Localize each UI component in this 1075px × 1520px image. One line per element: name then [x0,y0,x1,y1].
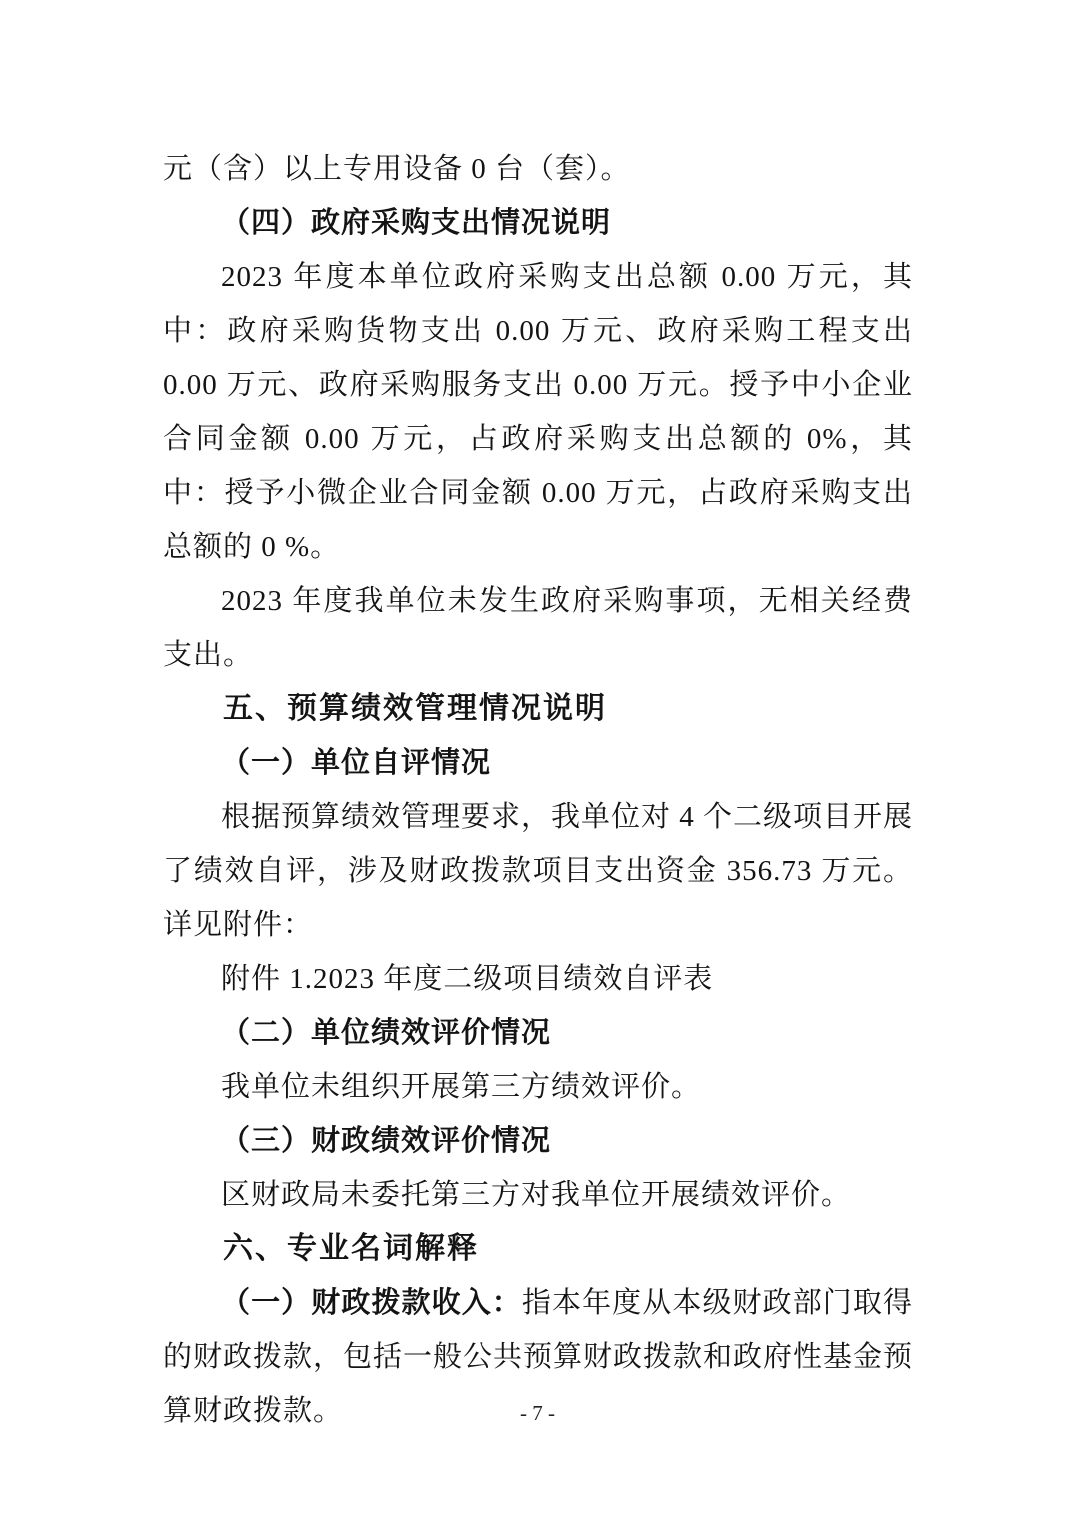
heading-fiscal-performance-evaluation: （三）财政绩效评价情况 [163,1114,913,1168]
paragraph-attachment-reference: 附件 1.2023 年度二级项目绩效自评表 [163,952,913,1006]
paragraph-special-equipment-continuation: 元（含）以上专用设备 0 台（套）。 [163,142,913,196]
heading-unit-performance-evaluation: （二）单位绩效评价情况 [163,1006,913,1060]
heading-self-evaluation: （一）单位自评情况 [163,736,913,790]
document-body: 元（含）以上专用设备 0 台（套）。 （四）政府采购支出情况说明 2023 年度… [163,142,913,1438]
heading-section6-terminology: 六、专业名词解释 [163,1222,913,1276]
page-number: - 7 - [0,1398,1075,1428]
paragraph-procurement-totals: 2023 年度本单位政府采购支出总额 0.00 万元，其中：政府采购货物支出 0… [163,250,913,574]
document-page: 元（含）以上专用设备 0 台（套）。 （四）政府采购支出情况说明 2023 年度… [0,0,1075,1520]
paragraph-finance-bureau-no-evaluation: 区财政局未委托第三方对我单位开展绩效评价。 [163,1168,913,1222]
paragraph-no-procurement-events: 2023 年度我单位未发生政府采购事项，无相关经费支出。 [163,574,913,682]
term-fiscal-appropriation-income: （一）财政拨款收入： [221,1287,522,1319]
paragraph-no-third-party-evaluation: 我单位未组织开展第三方绩效评价。 [163,1060,913,1114]
paragraph-self-evaluation-detail: 根据预算绩效管理要求，我单位对 4 个二级项目开展了绩效自评，涉及财政拨款项目支… [163,790,913,952]
heading-gov-procurement-expenditure: （四）政府采购支出情况说明 [163,196,913,250]
heading-section5-budget-performance: 五、预算绩效管理情况说明 [163,682,913,736]
